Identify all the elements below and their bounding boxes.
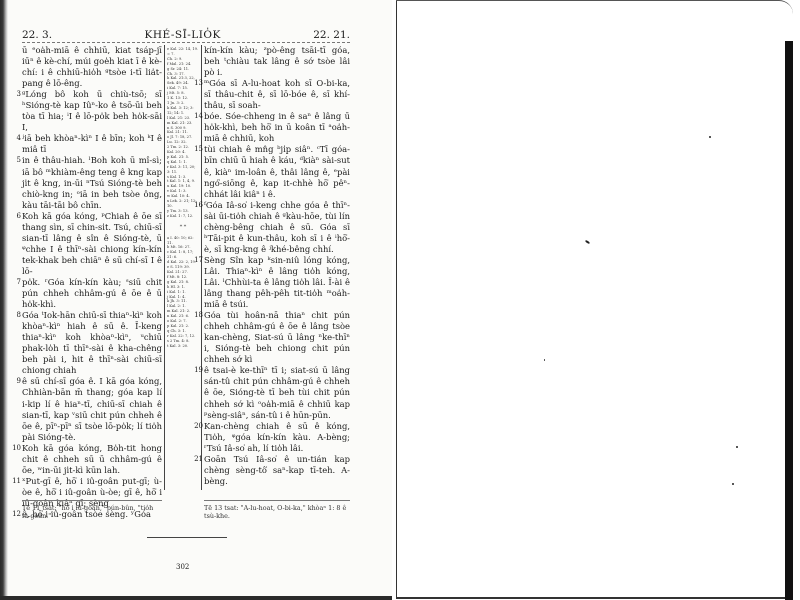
verse-number: 17 — [193, 255, 203, 266]
verse-text: ū ᵉoa̍h-miā ê chhiū, kiat tsáp-jī iūⁿ ê … — [22, 45, 162, 88]
verse-text: ᶠGóa Iâ-so͘ i-keng chhe góa ê thīⁿ-sài ū… — [204, 200, 350, 254]
header-rule — [22, 42, 350, 43]
verse: 20Kan-chèng chiah ê sū ê kóng, Tio̍h, ᵠg… — [204, 421, 350, 454]
verse-text: ê tsai-è ke-thīⁿ tī i; siat-sú ū lâng sá… — [204, 365, 350, 419]
verse-number: 5 — [11, 155, 21, 166]
verse-number: 16 — [193, 200, 203, 211]
verse-text: Góa ᵗIok-hān chiū-sī thiaⁿ-kìⁿ koh khòaⁿ… — [22, 310, 162, 375]
verse-text: ᵐGóa sī A-lu-hoat koh sī O-bi-ka, sī thâ… — [204, 78, 350, 110]
verse-text: ʲiā beh khòaⁿ-kìⁿ I ê bīn; koh ᵏI ê miâ … — [22, 133, 162, 154]
verse: 21Goān Tsú Iâ-so͘ ê un-tián kap chèng sè… — [204, 454, 350, 487]
cross-reference: z Kal. 1: 7, 12. — [167, 214, 199, 219]
verse-number: 12 — [11, 509, 21, 520]
verse-text: in ê thâu-hiah. ˡBoh koh ū mî-sì; iā bô … — [22, 155, 162, 209]
verse: 14bóe. Sóe-chheng in ê saⁿ ê lâng ū ho̍k… — [204, 111, 350, 144]
verse: 4ʲiā beh khòaⁿ-kìⁿ I ê bīn; koh ᵏI ê miâ… — [22, 133, 162, 155]
page-spine-shadow — [0, 0, 8, 600]
verse-number: 18 — [193, 310, 203, 321]
blank-right-page — [396, 0, 793, 599]
header-right-reference: 22. 21. — [313, 29, 350, 41]
verse-number: 11 — [11, 476, 21, 487]
verse-number: 14 — [193, 111, 203, 122]
verse-text: Kan-chèng chiah ê sū ê kóng, Tio̍h, ᵠgóa… — [204, 421, 350, 453]
cross-reference: t Kal. 3: 20. — [167, 344, 199, 349]
left-page: 22. 3. KHÉ-SĪ-LIO̍K 22. 21. ū ᵉoa̍h-miā … — [0, 0, 392, 600]
verse-number: 20 — [193, 421, 203, 432]
verse-text: kín-kín kàu; ᶻpò-êng tsāi-tī góa, beh ᵗc… — [204, 45, 350, 77]
section-divider: * * — [167, 225, 199, 230]
verse: ū ᵉoa̍h-miā ê chhiū, kiat tsáp-jī iūⁿ ê … — [22, 45, 162, 89]
verse: 10Koh kā góa kóng, Bo̍h-tit hong chit ê … — [22, 443, 162, 476]
verse-number: 4 — [11, 133, 21, 144]
verse-number: 9 — [11, 376, 21, 387]
verse-number: 15 — [193, 144, 203, 155]
verse-text: po̍k. ʳGóa kín-kín kàu; ˢsiū chit pún ch… — [22, 277, 162, 309]
cross-reference: r Kal. 3: 11, 20; 3: 11. — [167, 165, 199, 175]
verse-text: tùi chiah ê mn̂g ᵇji̍p siâⁿ. ᶜTī góa-bīn… — [204, 144, 350, 198]
verse: kín-kín kàu; ᶻpò-êng tsāi-tī góa, beh ᵗc… — [204, 45, 350, 78]
cross-reference: e Kal. 22: 14, 19. = 7. — [167, 47, 199, 57]
verse: 16ᶠGóa Iâ-so͘ i-keng chhe góa ê thīⁿ-sài… — [204, 200, 350, 255]
verse-number: 7 — [11, 277, 21, 288]
scan-speck — [709, 136, 711, 138]
page-bottom-edge — [0, 596, 392, 600]
verse-text: Góa tùi hoân-nā thiaⁿ chit pún chheh chh… — [204, 310, 350, 364]
footnote-right: Tē 13 tsat: "A-lu-hoat, O-bi-ka," khòaⁿ … — [204, 500, 350, 520]
page-number: 302 — [176, 563, 189, 571]
book-title: KHÉ-SĪ-LIO̍K — [144, 29, 220, 41]
verse-text: Goān Tsú Iâ-so͘ ê un-tián kap chèng sèng… — [204, 454, 350, 486]
verse-text: bóe. Sóe-chheng in ê saⁿ ê lâng ū ho̍k-k… — [204, 111, 350, 143]
verse-number: 21 — [193, 454, 203, 465]
header-left-reference: 22. 3. — [22, 29, 52, 41]
verse-number: 6 — [11, 211, 21, 222]
verse: 15tùi chiah ê mn̂g ᵇji̍p siâⁿ. ᶜTī góa-b… — [204, 144, 350, 199]
verse: 18Góa tùi hoân-nā thiaⁿ chit pún chheh c… — [204, 310, 350, 365]
verse: 19ê tsai-è ke-thīⁿ tī i; siat-sú ū lâng … — [204, 365, 350, 420]
page-right-edge — [785, 41, 793, 600]
running-header: 22. 3. KHÉ-SĪ-LIO̍K 22. 21. — [22, 28, 350, 42]
verse-number: 10 — [11, 443, 21, 454]
scan-speck — [736, 446, 738, 448]
verse-number: 19 — [193, 365, 203, 376]
scan-speck — [732, 483, 734, 485]
verse: 8Góa ᵗIok-hān chiū-sī thiaⁿ-kìⁿ koh khòa… — [22, 310, 162, 376]
verse-number: 8 — [11, 310, 21, 321]
scan-speck — [544, 359, 545, 361]
cross-reference: a I. 40: 10; 62: 11. — [167, 236, 199, 246]
text-column-left: ū ᵉoa̍h-miā ê chhiū, kiat tsáp-jī iūⁿ ê … — [22, 45, 162, 520]
verse: 7po̍k. ʳGóa kín-kín kàu; ˢsiū chit pún c… — [22, 277, 162, 310]
signature-rule — [147, 537, 227, 538]
verse-text: ê sū chí-sī góa ê. I kā góa kóng, Chhiàn… — [22, 376, 162, 441]
verse: 13ᵐGóa sī A-lu-hoat koh sī O-bi-ka, sī t… — [204, 78, 350, 111]
cross-reference: r Kal. 22: 7, 12. — [167, 334, 199, 339]
verse: 17Sèng Sîn kap ᵏsin-niû lóng kóng, Lâi. … — [204, 255, 350, 310]
verse: 5in ê thâu-hiah. ˡBoh koh ū mî-sì; iā bô… — [22, 155, 162, 210]
verse-text: Sèng Sîn kap ᵏsin-niû lóng kóng, Lâi. Th… — [204, 255, 350, 309]
verse: 3ᵍLóng bô koh ū chiù-tsō; sī ʰSióng-tè k… — [22, 89, 162, 133]
verse-number: 3 — [11, 89, 21, 100]
verse-text: Koh kā góa kóng, ᵖChiah ê ōe sī thang sì… — [22, 211, 162, 276]
footnote-left: Tē 11 tsat: "hō͘ i iû-goân," pún-bûn, "t… — [22, 500, 162, 520]
verse: 6Koh kā góa kóng, ᵖChiah ê ōe sī thang s… — [22, 211, 162, 277]
scan-speck — [585, 240, 590, 245]
verse-text: Koh kā góa kóng, Bo̍h-tit hong chit ê ch… — [22, 443, 162, 475]
verse: 9ê sū chí-sī góa ê. I kā góa kóng, Chhià… — [22, 376, 162, 442]
verse-text: ᵍLóng bô koh ū chiù-tsō; sī ʰSióng-tè ka… — [22, 89, 162, 132]
text-column-right: kín-kín kàu; ᶻpò-êng tsāi-tī góa, beh ᵗc… — [204, 45, 350, 487]
verse-number: 13 — [193, 78, 203, 89]
